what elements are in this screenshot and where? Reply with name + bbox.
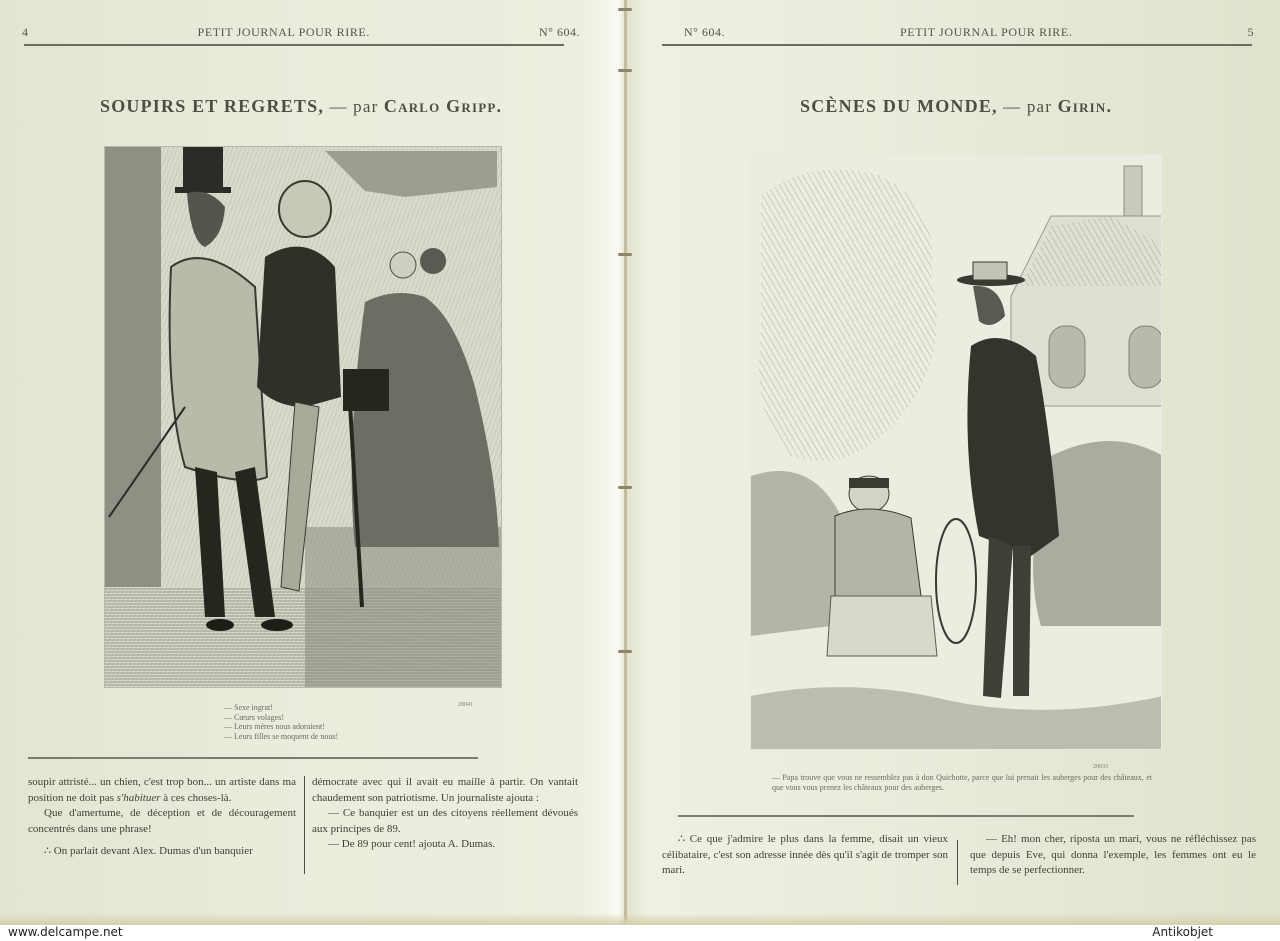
- paragraph: ∴ Ce que j'admire le plus dans la femme,…: [662, 832, 948, 879]
- title-text: SCÈNES DU MONDE,: [800, 96, 998, 116]
- title-text: SOUPIRS ET REGRETS,: [100, 96, 324, 116]
- caption-line: — Leurs filles se moquent de nous!: [224, 732, 338, 742]
- journal-title: PETIT JOURNAL POUR RIRE.: [900, 25, 1072, 40]
- paragraph-text: à ces choses-là.: [161, 792, 232, 804]
- paragraph: — Eh! mon cher, riposta un mari, vous ne…: [970, 832, 1256, 879]
- title-dash: —: [324, 97, 353, 116]
- header-rule: [662, 44, 1252, 46]
- article-title: SCÈNES DU MONDE, — par Girin.: [800, 96, 1112, 117]
- binding-stitch: [618, 8, 632, 11]
- binding-stitch: [618, 486, 632, 489]
- binding-stitch: [618, 650, 632, 653]
- text-column-2: — Eh! mon cher, riposta un mari, vous ne…: [970, 832, 1256, 879]
- issue-number: N° 604.: [539, 25, 580, 40]
- column-divider: [957, 840, 958, 885]
- page-number: 5: [1247, 25, 1254, 40]
- left-page: 4 PETIT JOURNAL POUR RIRE. N° 604. SOUPI…: [0, 0, 620, 925]
- text-column-1: soupir attristé... un chien, c'est trop …: [28, 775, 296, 860]
- caption-line: — Cœurs volages!: [224, 713, 338, 723]
- caption-line: — Sexe ingrat!: [224, 703, 338, 713]
- title-by: par: [353, 97, 384, 116]
- watermark-right: Antikobjet: [1152, 925, 1213, 939]
- right-page: N° 604. PETIT JOURNAL POUR RIRE. 5 SCÈNE…: [632, 0, 1280, 925]
- column-divider: [304, 776, 305, 874]
- garden-scene-engraving-icon: [751, 156, 1162, 750]
- title-dash: —: [998, 97, 1027, 116]
- caption-line: — Leurs mères nous adoraient!: [224, 722, 338, 732]
- running-head: N° 604. PETIT JOURNAL POUR RIRE. 5: [684, 22, 1254, 42]
- engraver-mark: 20041: [458, 702, 473, 708]
- title-by: par: [1027, 97, 1058, 116]
- journal-title: PETIT JOURNAL POUR RIRE.: [198, 25, 370, 40]
- watermark-bar: www.delcampe.net Antikobjet: [0, 925, 1280, 941]
- text-column-1: ∴ Ce que j'admire le plus dans la femme,…: [662, 832, 948, 879]
- illustration-caption: — Papa trouve que vous ne ressemblez pas…: [772, 773, 1152, 793]
- header-rule: [24, 44, 564, 46]
- binding-stitch: [618, 253, 632, 256]
- author-name: Carlo Gripp.: [384, 96, 502, 116]
- binding-stitch: [618, 69, 632, 72]
- paragraph: Que d'amertume, de déception et de décou…: [28, 806, 296, 837]
- newspaper-spread: 4 PETIT JOURNAL POUR RIRE. N° 604. SOUPI…: [0, 0, 1280, 925]
- paragraph: — Ce banquier est un des citoyens réelle…: [312, 806, 578, 837]
- illustration-caption: — Sexe ingrat! — Cœurs volages! — Leurs …: [224, 703, 338, 741]
- paragraph: ∴ On parlait devant Alex. Dumas d'un ban…: [28, 844, 296, 860]
- gentlemen-engraving-icon: [105, 147, 502, 688]
- author-name: Girin.: [1058, 96, 1113, 116]
- page-number: 4: [22, 25, 29, 40]
- engraver-mark: 20033: [1093, 764, 1108, 770]
- italic-text: s'habituer: [117, 792, 161, 804]
- paragraph: — De 89 pour cent! ajouta A. Dumas.: [312, 837, 578, 853]
- issue-number: N° 604.: [684, 25, 725, 40]
- section-rule: [678, 815, 1134, 817]
- article-title: SOUPIRS ET REGRETS, — par Carlo Gripp.: [100, 96, 502, 117]
- paragraph: démocrate avec qui il avait eu maille à …: [312, 775, 578, 806]
- binding-gutter: [624, 0, 627, 925]
- running-head: 4 PETIT JOURNAL POUR RIRE. N° 604.: [22, 22, 580, 42]
- engraving-illustration: [750, 155, 1162, 750]
- text-column-2: démocrate avec qui il avait eu maille à …: [312, 775, 578, 853]
- watermark-left: www.delcampe.net: [8, 925, 123, 939]
- paragraph: soupir attristé... un chien, c'est trop …: [28, 775, 296, 806]
- engraving-illustration: [104, 146, 502, 688]
- section-rule: [28, 757, 478, 759]
